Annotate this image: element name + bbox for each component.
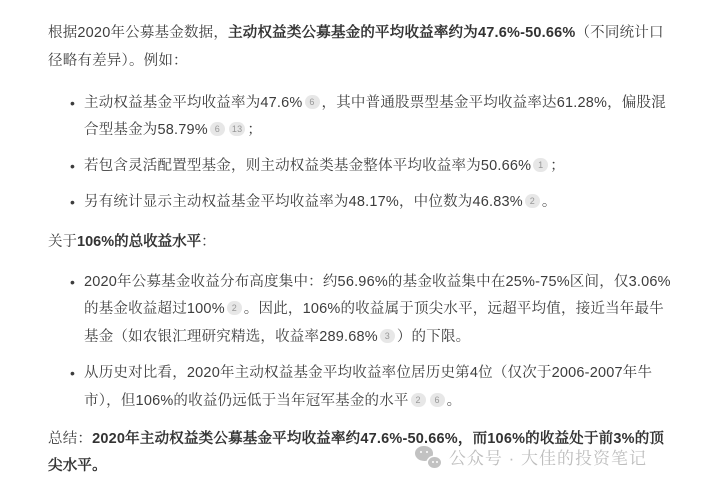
text-segment: 关于 <box>48 234 77 250</box>
bullet-item: 从历史对比看，2020年主动权益基金平均收益率位居历史第4位（仅次于2006-2… <box>70 360 673 416</box>
text-segment: 从历史对比看，2020年主动权益基金平均收益率位居历史第4位（仅次于2006-2… <box>84 365 652 409</box>
analysis-bullet-list: 2020年公募基金收益分布高度集中：约56.96%的基金收益集中在25%-75%… <box>48 269 673 416</box>
citation-badge[interactable]: 2 <box>411 393 426 407</box>
section-heading: 关于106%的总收益水平： <box>48 229 673 257</box>
bold-text-segment: 顶尖水平 <box>414 301 473 317</box>
stats-bullet-list: 主动权益基金平均收益率为47.6%6，其中普通股票型基金平均收益率达61.28%… <box>48 90 673 217</box>
text-segment: ； <box>247 122 262 138</box>
bullet-item: 主动权益基金平均收益率为47.6%6，其中普通股票型基金平均收益率达61.28%… <box>70 90 673 146</box>
text-segment: 主动权益基金平均收益率为47.6% <box>84 95 303 111</box>
text-segment: ； <box>550 158 565 174</box>
citation-badge[interactable]: 2 <box>525 194 540 208</box>
text-segment: ）的下限。 <box>397 329 471 345</box>
citation-badge[interactable]: 6 <box>430 393 445 407</box>
text-segment: ： <box>201 234 216 250</box>
text-segment: 另有统计显示主动权益基金平均收益率为48.17%，中位数为46.83% <box>84 194 523 210</box>
watermark-label: 公众号 · 大佳的投资笔记 <box>449 444 647 469</box>
citation-badge[interactable]: 1 <box>533 158 548 172</box>
answer-document: 根据2020年公募基金数据，主动权益类公募基金的平均收益率约为47.6%-50.… <box>0 0 715 481</box>
citation-badge[interactable]: 6 <box>210 122 225 136</box>
citation-badge[interactable]: 13 <box>229 122 245 136</box>
citation-badge[interactable]: 2 <box>227 301 242 315</box>
citation-badge[interactable]: 6 <box>305 95 320 109</box>
citation-badge[interactable]: 3 <box>380 329 395 343</box>
intro-paragraph: 根据2020年公募基金数据，主动权益类公募基金的平均收益率约为47.6%-50.… <box>48 20 673 76</box>
watermark: 公众号 · 大佳的投资笔记 <box>415 444 647 469</box>
bullet-item: 若包含灵活配置型基金，则主动权益类基金整体平均收益率为50.66%1； <box>70 153 673 181</box>
bullet-item: 另有统计显示主动权益基金平均收益率为48.17%，中位数为46.83%2。 <box>70 189 673 217</box>
text-segment: 。 <box>542 194 557 210</box>
bullet-item: 2020年公募基金收益分布高度集中：约56.96%的基金收益集中在25%-75%… <box>70 269 673 352</box>
wechat-icon <box>415 446 441 468</box>
text-segment: 根据2020年公募基金数据， <box>48 25 228 41</box>
text-segment: 若包含灵活配置型基金，则主动权益类基金整体平均收益率为50.66% <box>84 158 531 174</box>
text-segment: 总结： <box>48 431 92 447</box>
bold-text-segment: 106%的总收益水平 <box>77 234 201 250</box>
bold-text-segment: 主动权益类公募基金的平均收益率约为47.6%-50.66% <box>228 25 575 41</box>
text-segment: 。 <box>447 393 462 409</box>
text-segment: 。因此，106%的收益属于 <box>244 301 414 317</box>
